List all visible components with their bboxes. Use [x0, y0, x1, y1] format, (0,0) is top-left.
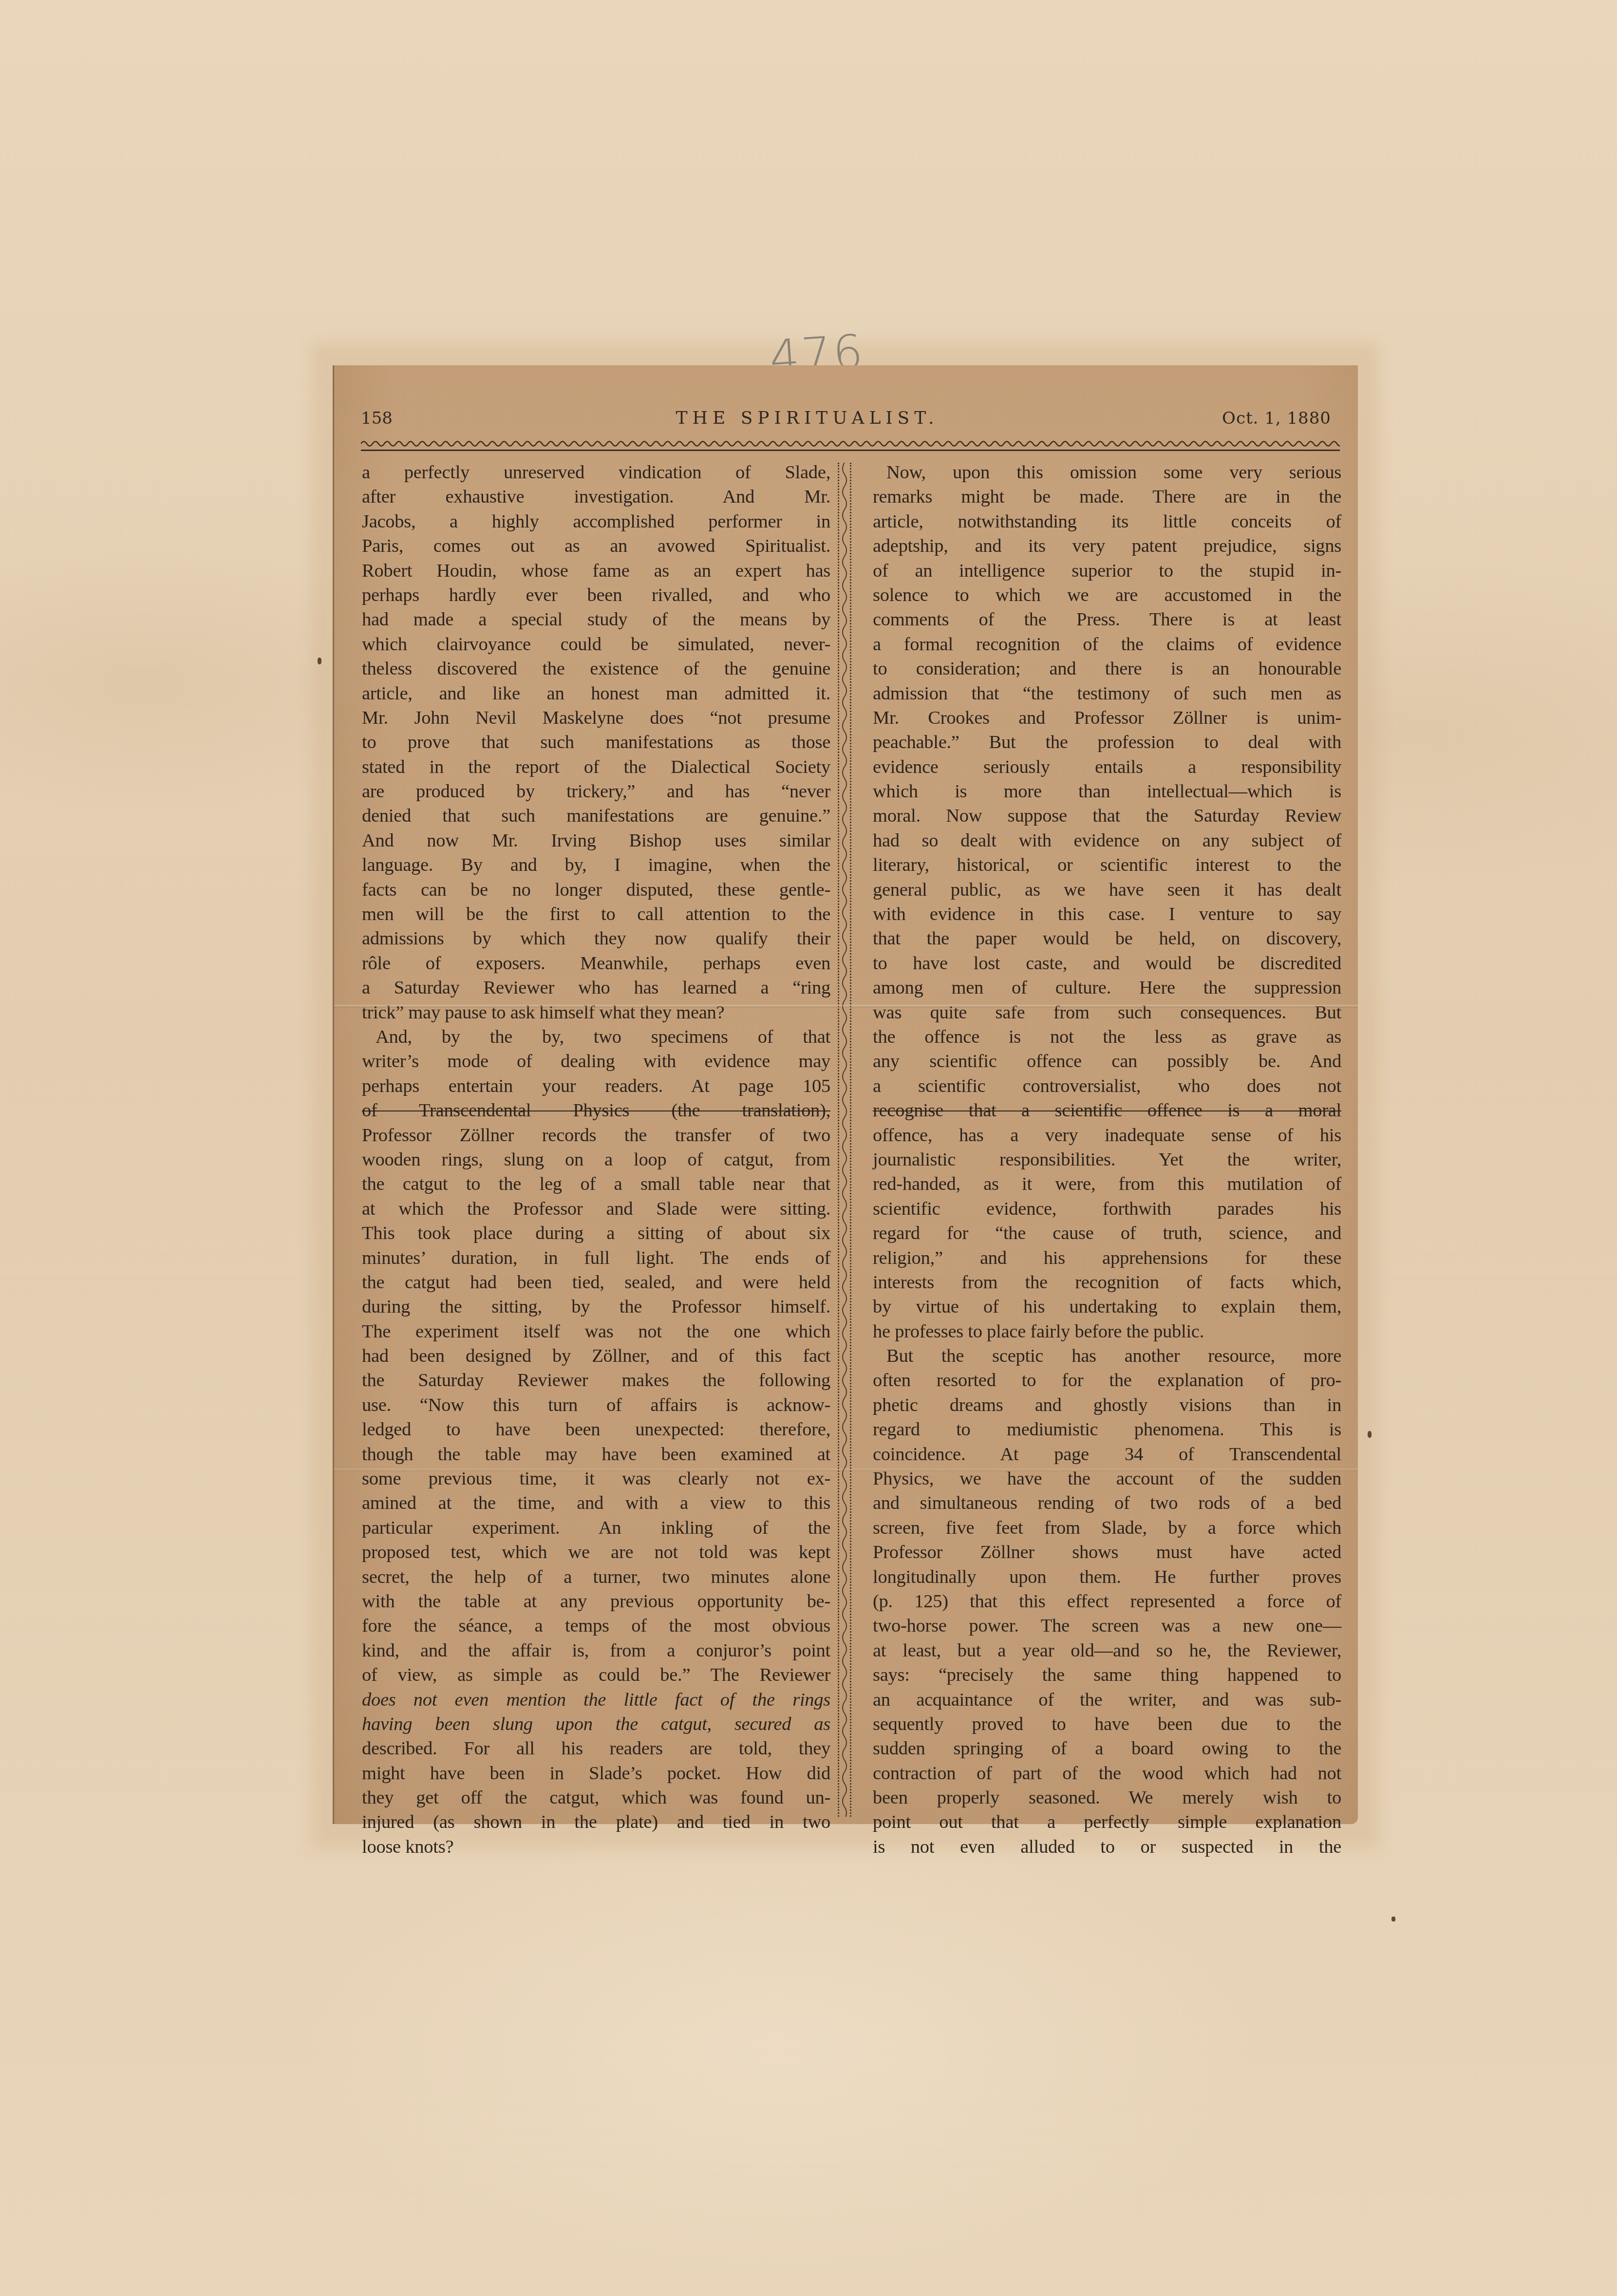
text-line: trick” may pause to ask himself what the…: [362, 1000, 830, 1025]
text-line: is not even alluded to or suspected in t…: [873, 1835, 1341, 1859]
text-line: sequently proved to have been due to the: [873, 1712, 1341, 1736]
text-line: among men of culture. Here the suppressi…: [873, 976, 1341, 1000]
text-line: the catgut had been tied, sealed, and we…: [362, 1270, 830, 1295]
text-line: screen, five feet from Slade, by a force…: [873, 1516, 1341, 1540]
text-line: which is more than intellectual—which is: [873, 779, 1341, 804]
text-line: And, by the by, two specimens of that: [362, 1025, 830, 1049]
text-line: And now Mr. Irving Bishop uses similar: [362, 828, 830, 853]
newspaper-clipping: 158 THE SPIRITUALIST. Oct. 1, 1880 a per…: [333, 365, 1358, 1824]
text-line: interests from the recognition of facts …: [873, 1270, 1341, 1295]
text-line: article, and like an honest man admitted…: [362, 681, 830, 706]
text-line: comments of the Press. There is at least: [873, 607, 1341, 632]
text-line: to have lost caste, and would be discred…: [873, 951, 1341, 976]
text-line: sudden springing of a board owing to the: [873, 1736, 1341, 1761]
publication-title: THE SPIRITUALIST.: [676, 408, 939, 428]
header-rule: [361, 450, 1340, 451]
text-line: Professor Zöllner records the transfer o…: [362, 1123, 830, 1148]
text-line: a perfectly unreserved vindication of Sl…: [362, 460, 830, 485]
text-line: an acquaintance of the writer, and was s…: [873, 1688, 1341, 1712]
text-line: might have been in Slade’s pocket. How d…: [362, 1761, 830, 1786]
text-line: denied that such manifestations are genu…: [362, 804, 830, 828]
header-wavy-rule: [361, 438, 1340, 449]
text-line: of an intelligence superior to the stupi…: [873, 559, 1341, 583]
text-line: was quite safe from such consequences. B…: [873, 1000, 1341, 1025]
text-line: though the table may have been examined …: [362, 1442, 830, 1467]
text-line: had so dealt with evidence on any subjec…: [873, 828, 1341, 853]
text-line: journalistic responsibilities. Yet the w…: [873, 1148, 1341, 1172]
text-line: But the sceptic has another resource, mo…: [873, 1344, 1341, 1368]
divider-dotted-line: [850, 463, 851, 1817]
text-line: that the paper would be held, on discove…: [873, 926, 1341, 951]
running-head: 158 THE SPIRITUALIST. Oct. 1, 1880: [361, 408, 1331, 433]
text-line: which clairvoyance could be simulated, n…: [362, 632, 830, 657]
text-line: been properly seasoned. We merely wish t…: [873, 1786, 1341, 1810]
text-line: religion,” and his apprehensions for the…: [873, 1246, 1341, 1270]
text-line: secret, the help of a turner, two minute…: [362, 1565, 830, 1589]
text-line: having been slung upon the catgut, secur…: [362, 1712, 830, 1736]
paper-fold-crease: [334, 1005, 1358, 1008]
text-line: Robert Houdin, whose fame as an expert h…: [362, 559, 830, 583]
text-line: longitudinally upon them. He further pro…: [873, 1565, 1341, 1589]
text-line: Mr. Crookes and Professor Zöllner is uni…: [873, 706, 1341, 730]
text-line: during the sitting, by the Professor him…: [362, 1295, 830, 1319]
text-line: point out that a perfectly simple explan…: [873, 1810, 1341, 1834]
text-line: kind, and the affair is, from a conjuror…: [362, 1638, 830, 1663]
text-line: injured (as shown in the plate) and tied…: [362, 1810, 830, 1834]
text-line: writer’s mode of dealing with evidence m…: [362, 1049, 830, 1073]
text-line: they get off the catgut, which was found…: [362, 1786, 830, 1810]
text-line: particular experiment. An inkling of the: [362, 1516, 830, 1540]
text-line: general public, as we have seen it has d…: [873, 878, 1341, 902]
text-line: to consideration; and there is an honour…: [873, 657, 1341, 681]
text-line: fore the séance, a temps of the most obv…: [362, 1614, 830, 1638]
text-line: perhaps hardly ever been rivalled, and w…: [362, 583, 830, 607]
text-line: rôle of exposers. Meanwhile, perhaps eve…: [362, 951, 830, 976]
text-line: loose knots?: [362, 1835, 830, 1859]
text-line: recognise that a scientific offence is a…: [873, 1098, 1341, 1123]
text-line: red-handed, as it were, from this mutila…: [873, 1172, 1341, 1196]
text-line: stated in the report of the Dialectical …: [362, 755, 830, 779]
column-divider: [835, 463, 854, 1817]
text-line: minutes’ duration, in full light. The en…: [362, 1246, 830, 1270]
divider-wavy-line: [840, 463, 849, 1817]
issue-date: Oct. 1, 1880: [1222, 409, 1331, 428]
text-line: the offence is not the less as grave as: [873, 1025, 1341, 1049]
text-line: with evidence in this case. I venture to…: [873, 902, 1341, 926]
text-line: use. “Now this turn of affairs is acknow…: [362, 1393, 830, 1417]
text-line: described. For all his readers are told,…: [362, 1736, 830, 1761]
text-line: scientific evidence, forthwith parades h…: [873, 1197, 1341, 1221]
text-line: admissions by which they now qualify the…: [362, 926, 830, 951]
text-line: at least, but a year old—and so he, the …: [873, 1638, 1341, 1663]
text-line: evidence seriously entails a responsibil…: [873, 755, 1341, 779]
text-line: This took place during a sitting of abou…: [362, 1221, 830, 1245]
text-line: Now, upon this omission some very seriou…: [873, 460, 1341, 485]
text-line: of Transcendental Physics (the translati…: [362, 1098, 830, 1123]
text-line: literary, historical, or scientific inte…: [873, 853, 1341, 877]
text-line: regard to mediumistic phenomena. This is: [873, 1417, 1341, 1442]
text-line: wooden rings, slung on a loop of catgut,…: [362, 1148, 830, 1172]
text-line: at which the Professor and Slade were si…: [362, 1197, 830, 1221]
text-line: had made a special study of the means by: [362, 607, 830, 632]
text-line: Professor Zöllner shows must have acted: [873, 1540, 1341, 1564]
text-line: does not even mention the little fact of…: [362, 1688, 830, 1712]
text-line: the Saturday Reviewer makes the followin…: [362, 1368, 830, 1393]
text-line: admission that “the testimony of such me…: [873, 681, 1341, 706]
text-line: facts can be no longer disputed, these g…: [362, 878, 830, 902]
paper-fold-crease: [334, 1468, 1358, 1471]
text-line: with the table at any previous opportuni…: [362, 1589, 830, 1614]
text-line: remarks might be made. There are in the: [873, 485, 1341, 509]
divider-dotted-line: [838, 463, 839, 1817]
text-line: perhaps entertain your readers. At page …: [362, 1074, 830, 1098]
text-line: says: “precisely the same thing happened…: [873, 1663, 1341, 1687]
page-number: 158: [361, 409, 393, 428]
text-line: often resorted to for the explanation of…: [873, 1368, 1341, 1393]
text-line: contraction of part of the wood which ha…: [873, 1761, 1341, 1786]
text-line: offence, has a very inadequate sense of …: [873, 1123, 1341, 1148]
text-line: phetic dreams and ghostly visions than i…: [873, 1393, 1341, 1417]
text-line: after exhaustive investigation. And Mr.: [362, 485, 830, 509]
text-line: theless discovered the existence of the …: [362, 657, 830, 681]
text-line: Mr. John Nevil Maskelyne does “not presu…: [362, 706, 830, 730]
ink-speck: [1368, 1431, 1372, 1438]
text-line: (p. 125) that this effect represented a …: [873, 1589, 1341, 1614]
text-line: peachable.” But the profession to deal w…: [873, 730, 1341, 754]
text-line: are produced by trickery,” and has “neve…: [362, 779, 830, 804]
text-line: solence to which we are accustomed in th…: [873, 583, 1341, 607]
text-line: moral. Now suppose that the Saturday Rev…: [873, 804, 1341, 828]
right-column: Now, upon this omission some very seriou…: [873, 460, 1341, 1859]
text-line: article, notwithstanding its little conc…: [873, 509, 1341, 534]
text-line: by virtue of his undertaking to explain …: [873, 1295, 1341, 1319]
ink-speck: [318, 658, 321, 664]
text-line: had been designed by Zöllner, and of thi…: [362, 1344, 830, 1368]
text-line: of view, as simple as could be.” The Rev…: [362, 1663, 830, 1687]
text-line: coincidence. At page 34 of Transcendenta…: [873, 1442, 1341, 1467]
text-line: any scientific offence can possibly be. …: [873, 1049, 1341, 1073]
text-line: two-horse power. The screen was a new on…: [873, 1614, 1341, 1638]
text-line: regard for “the cause of truth, science,…: [873, 1221, 1341, 1245]
text-line: he professes to place fairly before the …: [873, 1319, 1341, 1344]
left-column: a perfectly unreserved vindication of Sl…: [362, 460, 830, 1859]
text-line: proposed test, which we are not told was…: [362, 1540, 830, 1564]
text-line: a Saturday Reviewer who has learned a “r…: [362, 976, 830, 1000]
text-line: men will be the first to call attention …: [362, 902, 830, 926]
text-line: a scientific controversialist, who does …: [873, 1074, 1341, 1098]
text-line: Paris, comes out as an avowed Spirituali…: [362, 534, 830, 558]
text-line: a formal recognition of the claims of ev…: [873, 632, 1341, 657]
text-line: and simultaneous rending of two rods of …: [873, 1491, 1341, 1515]
text-line: the catgut to the leg of a small table n…: [362, 1172, 830, 1196]
text-line: language. By and by, I imagine, when the: [362, 853, 830, 877]
text-line: ledged to have been unexpected: therefor…: [362, 1417, 830, 1442]
text-line: amined at the time, and with a view to t…: [362, 1491, 830, 1515]
text-line: adeptship, and its very patent prejudice…: [873, 534, 1341, 558]
text-line: to prove that such manifestations as tho…: [362, 730, 830, 754]
ink-speck: [1391, 1917, 1395, 1921]
text-line: Jacobs, a highly accomplished performer …: [362, 509, 830, 534]
text-line: The experiment itself was not the one wh…: [362, 1319, 830, 1344]
